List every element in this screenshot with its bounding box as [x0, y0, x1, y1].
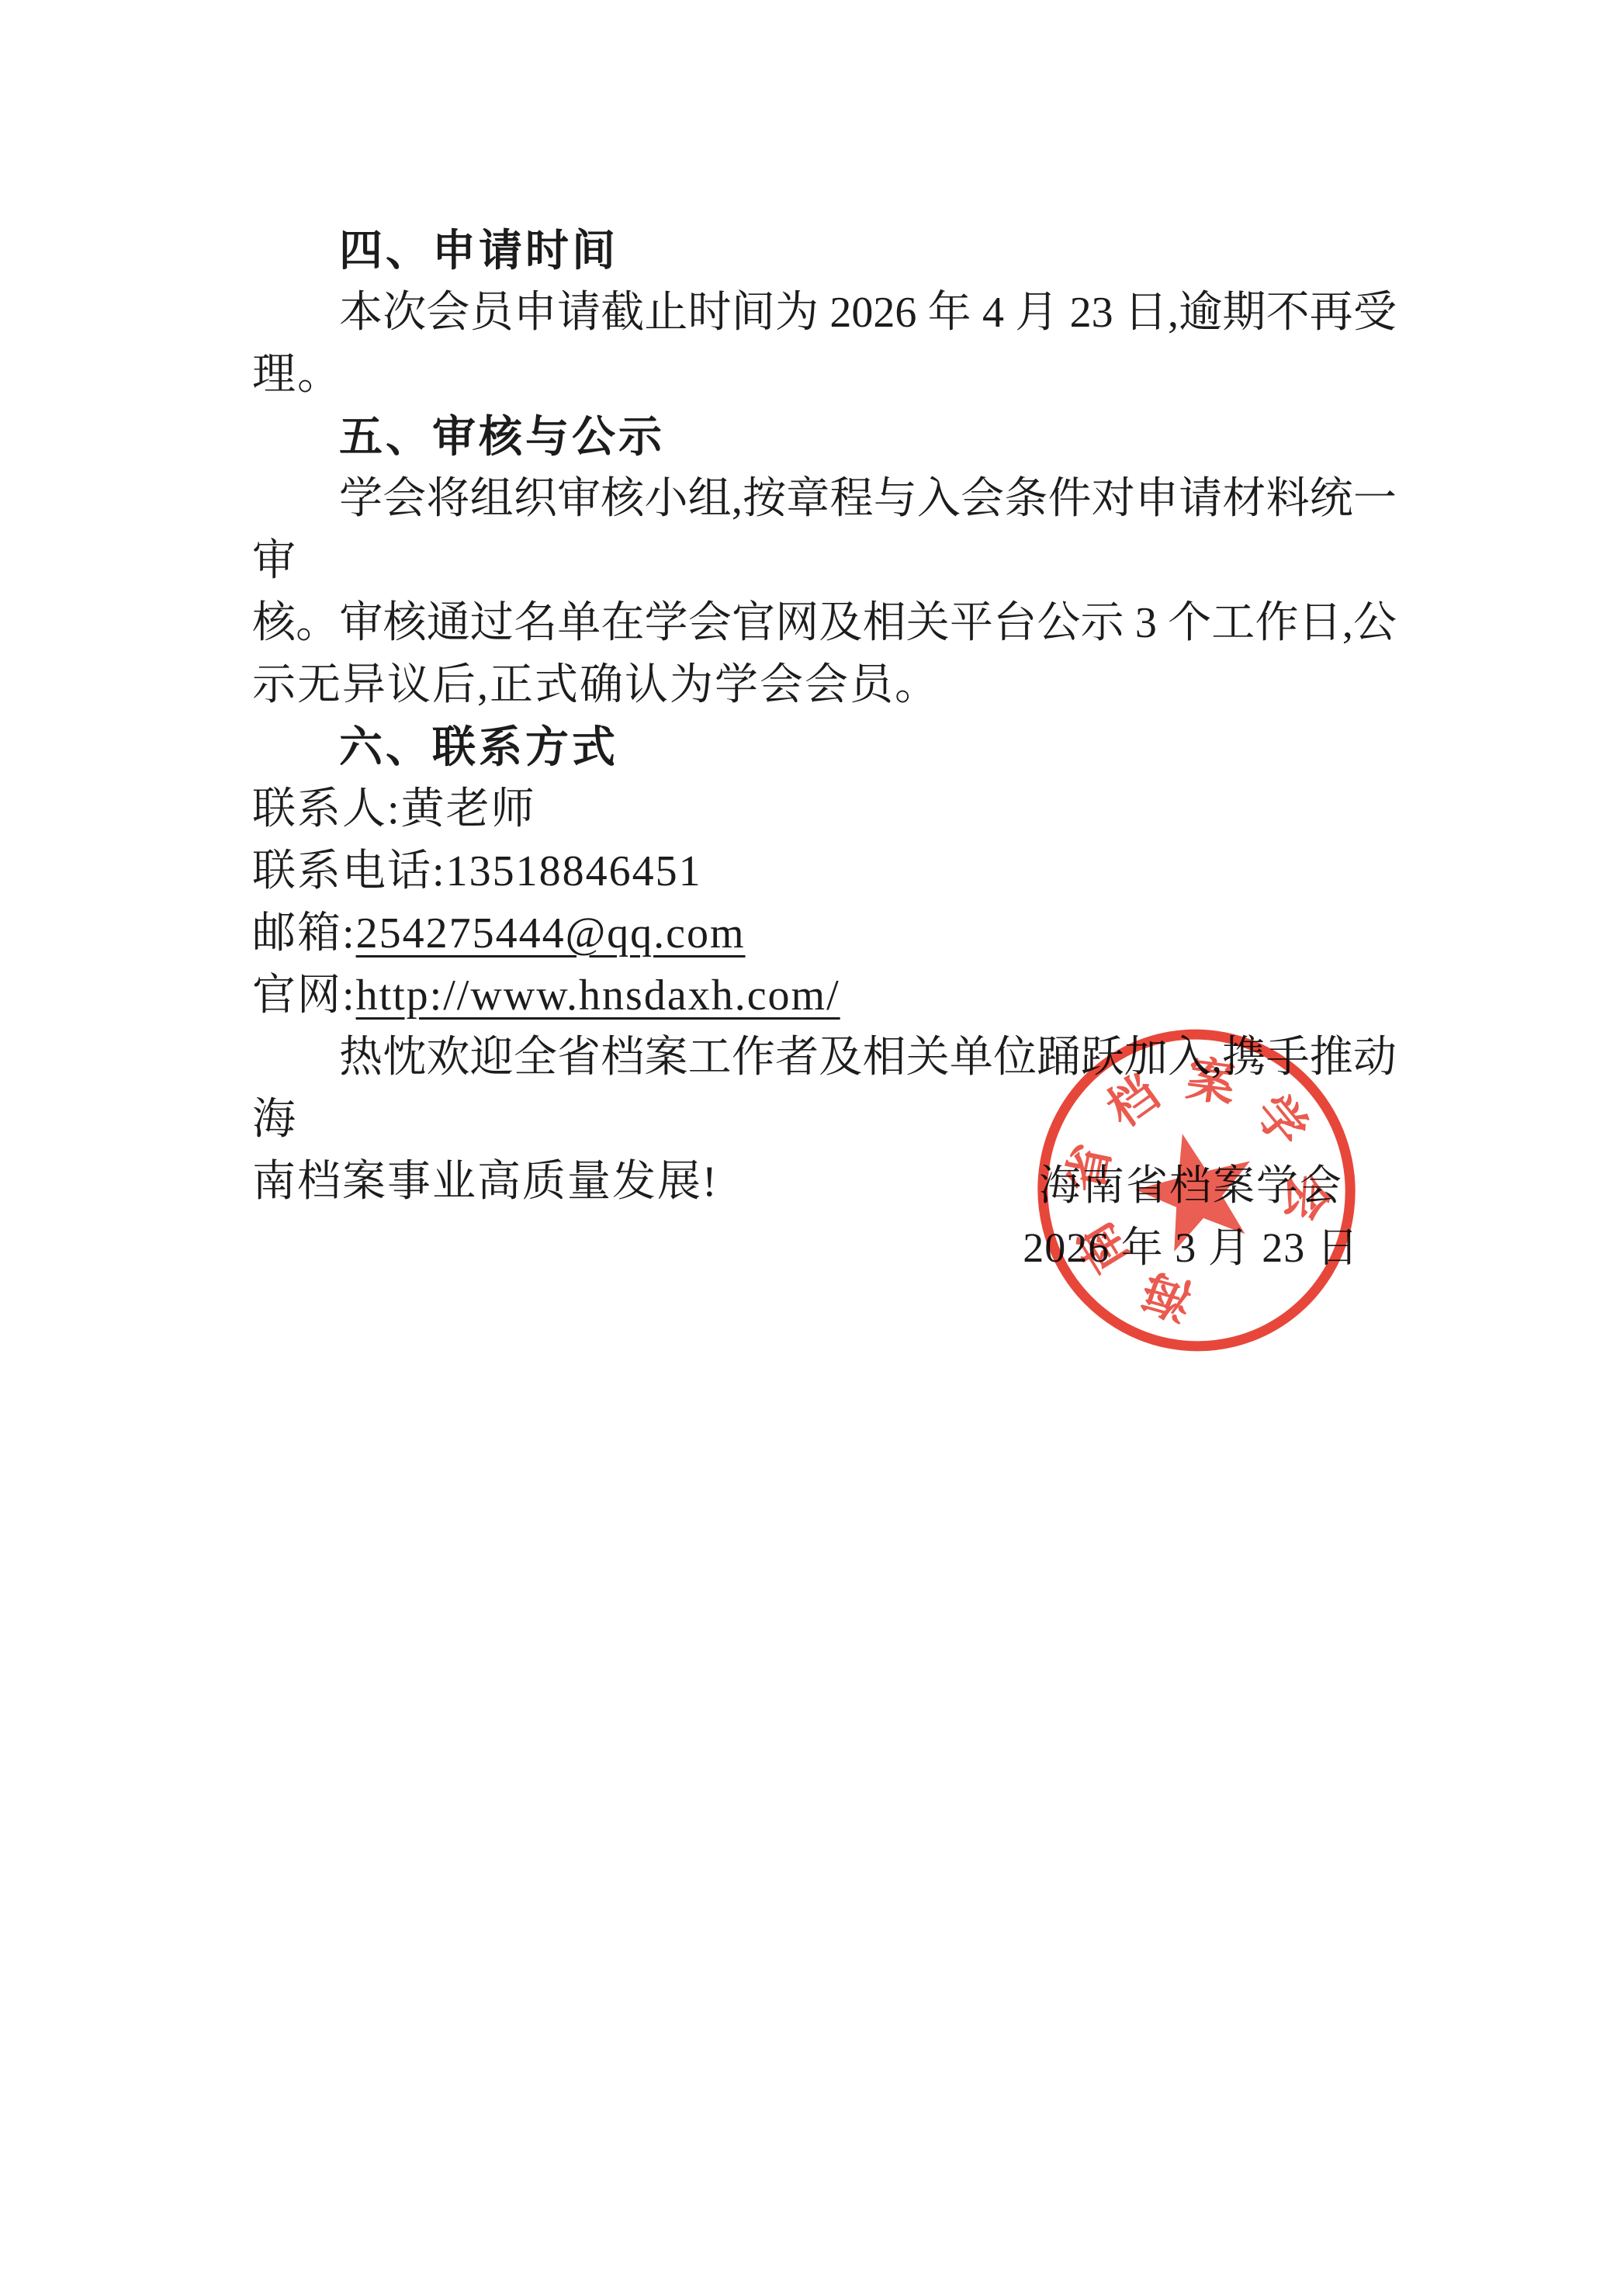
section4-heading: 四、申请时间	[252, 220, 1397, 282]
closing-paragraph-line1: 热忱欢迎全省档案工作者及相关单位踊跃加入,携手推动海	[252, 1027, 1397, 1151]
contact-person-value: 黄老师	[401, 785, 536, 833]
section4-paragraph-line2: 理。	[252, 344, 1397, 406]
contact-website-link[interactable]: http://www.hnsdaxh.com/	[356, 971, 840, 1020]
signature-organization: 海南省档案学会	[1001, 1155, 1381, 1217]
section5-heading: 五、审核与公示	[252, 406, 1397, 468]
contact-phone-label: 联系电话:	[252, 847, 446, 895]
signature-date: 2026 年 3 月 23 日	[1001, 1217, 1381, 1279]
contact-phone-value: 13518846451	[446, 847, 702, 895]
section6-heading: 六、联系方式	[252, 716, 1397, 778]
section4-paragraph-line1: 本次会员申请截止时间为 2026 年 4 月 23 日,逾期不再受	[252, 282, 1397, 344]
contact-website-label: 官网:	[252, 971, 356, 1020]
section5-paragraph-line2: 核。审核通过名单在学会官网及相关平台公示 3 个工作日,公	[252, 592, 1397, 654]
contact-person-row: 联系人:黄老师	[252, 778, 1397, 840]
document-body: 四、申请时间 本次会员申请截止时间为 2026 年 4 月 23 日,逾期不再受…	[252, 220, 1397, 1213]
signature-block: 海南省档案学会 2026 年 3 月 23 日	[1001, 1155, 1381, 1279]
contact-website-row: 官网:http://www.hnsdaxh.com/	[252, 964, 1397, 1027]
contact-email-link[interactable]: 254275444@qq.com	[356, 909, 746, 958]
section5-paragraph-line1: 学会将组织审核小组,按章程与入会条件对申请材料统一审	[252, 468, 1397, 592]
document-page: 四、申请时间 本次会员申请截止时间为 2026 年 4 月 23 日,逾期不再受…	[0, 0, 1624, 2296]
contact-person-label: 联系人:	[252, 785, 401, 833]
contact-phone-row: 联系电话:13518846451	[252, 840, 1397, 902]
contact-email-row: 邮箱:254275444@qq.com	[252, 902, 1397, 964]
section5-paragraph-line3: 示无异议后,正式确认为学会会员。	[252, 654, 1397, 716]
contact-email-label: 邮箱:	[252, 909, 356, 958]
